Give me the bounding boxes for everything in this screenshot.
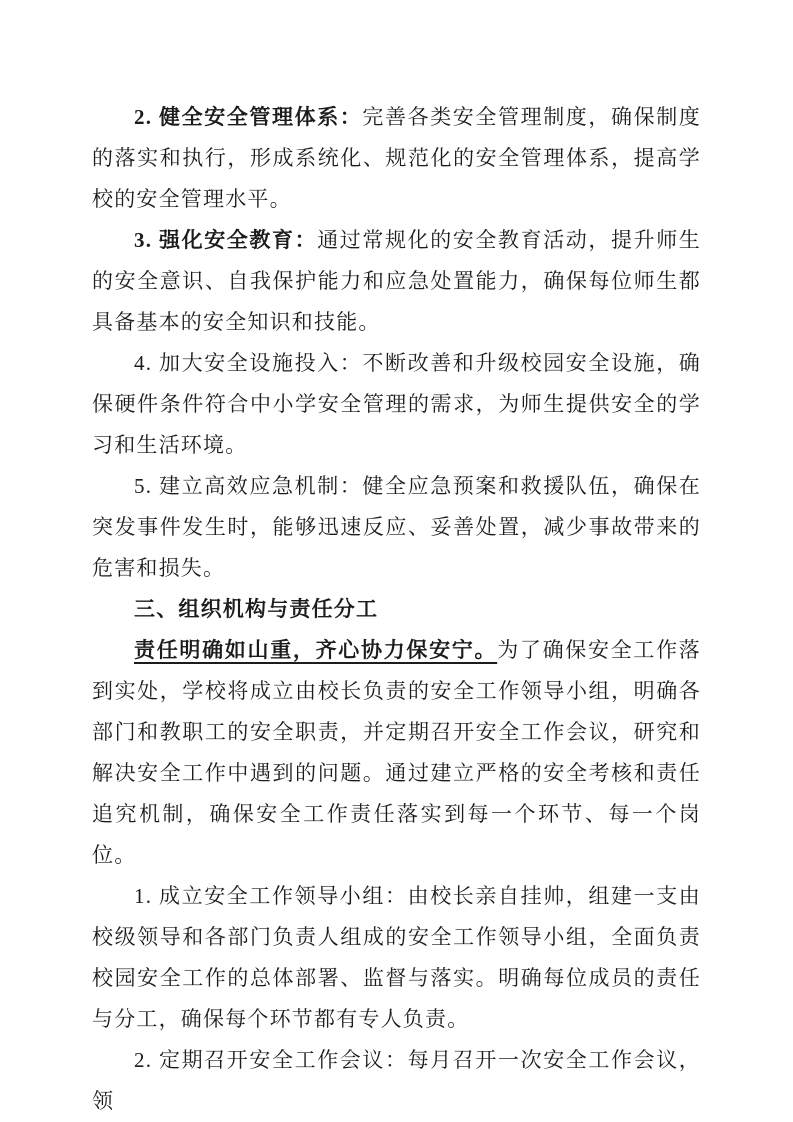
paragraph-lead-bold: 2. 健全安全管理体系： [134, 105, 362, 129]
section-heading-organization: 三、组织机构与责任分工 [92, 589, 701, 630]
paragraph-safety-facilities: 4. 加大安全设施投入：不断改善和升级校园安全设施，确保硬件条件符合中小学安全管… [92, 343, 701, 466]
paragraph-body-text: 5. 建立高效应急机制：健全应急预案和救援队伍，确保在突发事件发生时，能够迅速反… [92, 474, 701, 580]
paragraph-lead-bold: 3. 强化安全教育： [134, 228, 317, 252]
paragraph-emergency-mechanism: 5. 建立高效应急机制：健全应急预案和救援队伍，确保在突发事件发生时，能够迅速反… [92, 466, 701, 589]
paragraph-body-text: 2. 定期召开安全工作会议：每月召开一次安全工作会议，领 [92, 1048, 701, 1113]
paragraph-responsibility-division: 责任明确如山重，齐心协力保安宁。为了确保安全工作落到实处，学校将成立由校长负责的… [92, 630, 701, 876]
paragraph-safety-education: 3. 强化安全教育：通过常规化的安全教育活动，提升师生的安全意识、自我保护能力和… [92, 220, 701, 343]
paragraph-body-text: 1. 成立安全工作领导小组：由校长亲自挂帅，组建一支由校级领导和各部门负责人组成… [92, 884, 701, 1031]
paragraph-safety-meetings: 2. 定期召开安全工作会议：每月召开一次安全工作会议，领 [92, 1040, 701, 1122]
paragraph-lead-bold-underline: 责任明确如山重，齐心协力保安宁。 [134, 638, 497, 662]
document-page: 2. 健全安全管理体系：完善各类安全管理制度，确保制度的落实和执行，形成系统化、… [0, 0, 793, 1122]
section-heading-text: 三、组织机构与责任分工 [134, 597, 378, 621]
paragraph-body-text: 4. 加大安全设施投入：不断改善和升级校园安全设施，确保硬件条件符合中小学安全管… [92, 351, 701, 457]
paragraph-body-text: 为了确保安全工作落到实处，学校将成立由校长负责的安全工作领导小组，明确各部门和教… [92, 638, 701, 867]
paragraph-safety-system: 2. 健全安全管理体系：完善各类安全管理制度，确保制度的落实和执行，形成系统化、… [92, 97, 701, 220]
paragraph-leadership-group: 1. 成立安全工作领导小组：由校长亲自挂帅，组建一支由校级领导和各部门负责人组成… [92, 876, 701, 1040]
